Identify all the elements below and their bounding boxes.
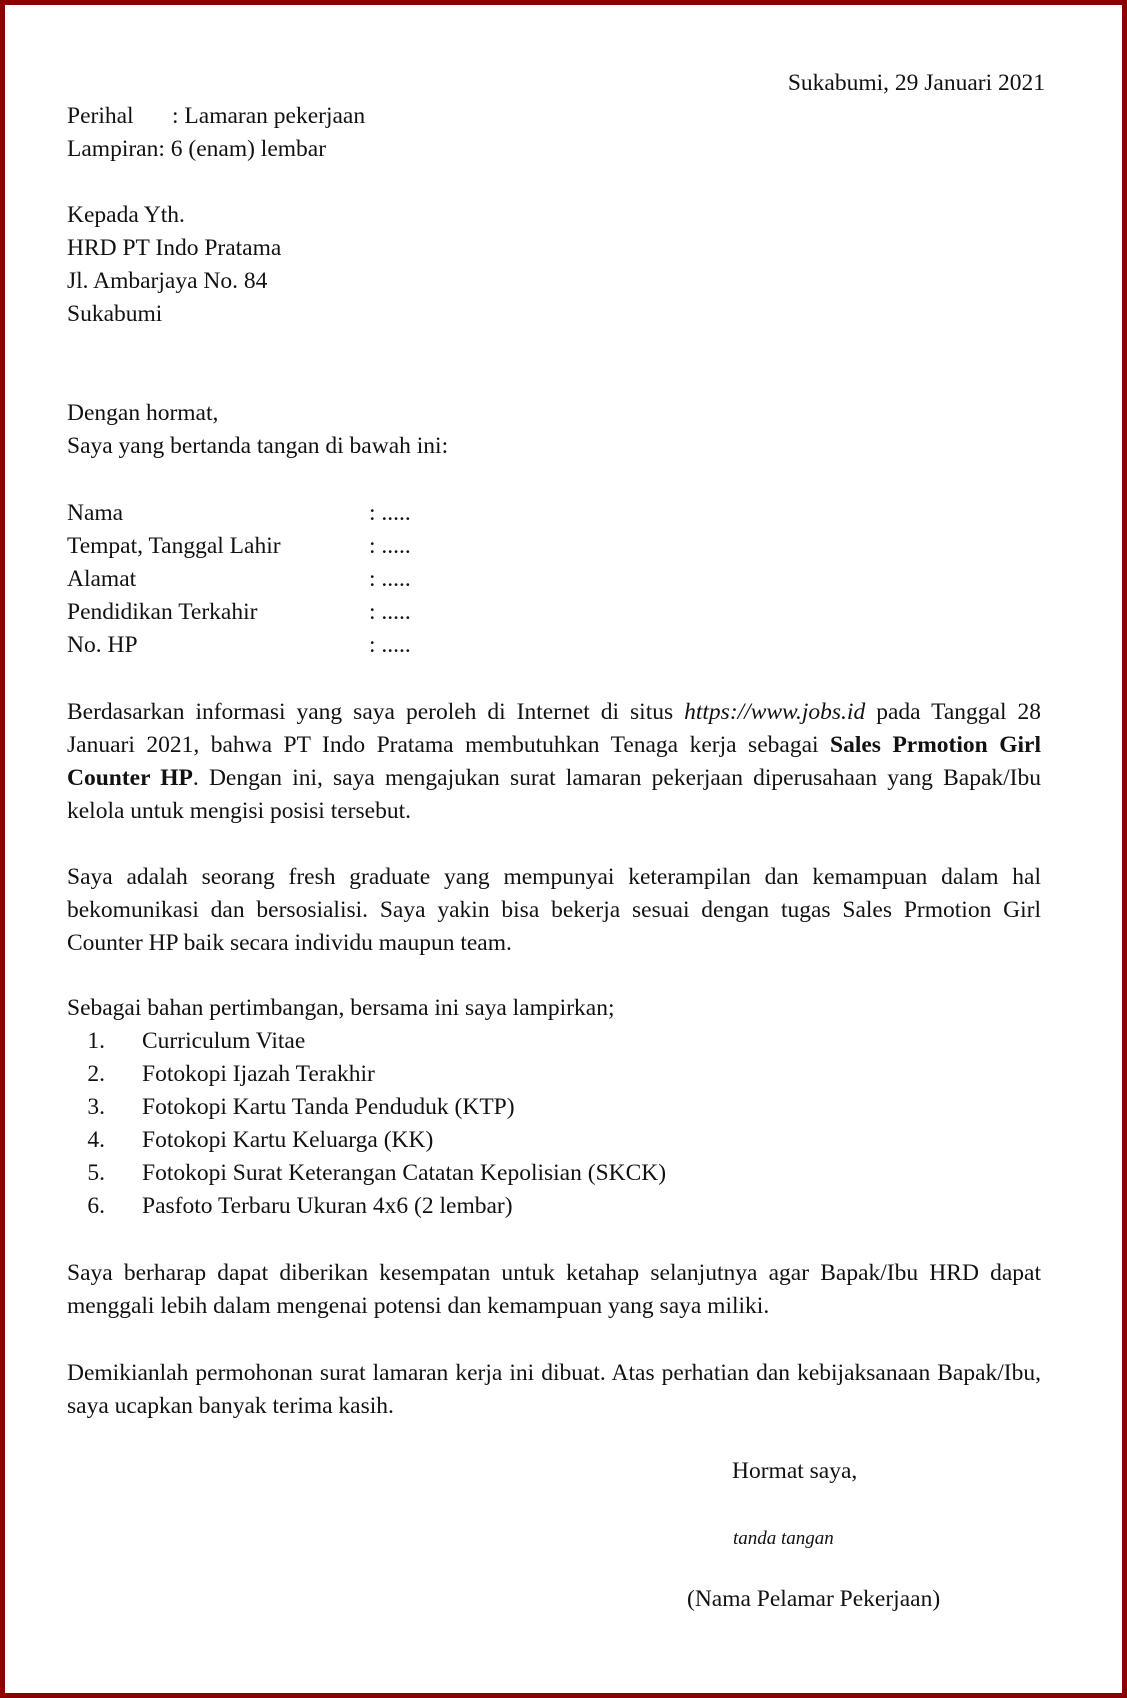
list-number: 1.: [67, 1025, 105, 1058]
field-label: Nama: [67, 497, 369, 530]
place-date: Sukabumi, 29 Januari 2021: [788, 67, 1045, 100]
paragraph-text: . Dengan ini, saya mengajukan surat lama…: [67, 765, 1041, 824]
field-label: Alamat: [67, 563, 369, 596]
list-item: 2.Fotokopi Ijazah Terakhir: [67, 1058, 666, 1091]
list-number: 6.: [67, 1190, 105, 1223]
attachments-intro: Sebagai bahan pertimbangan, bersama ini …: [67, 992, 1041, 1025]
letter-page: Sukabumi, 29 Januari 2021 Perihal: Lamar…: [0, 0, 1127, 1698]
recipient-city: Sukabumi: [67, 298, 281, 331]
attachment-row: Lampiran: 6 (enam) lembar: [67, 133, 365, 166]
paragraph-text: Berdasarkan informasi yang saya peroleh …: [67, 699, 684, 725]
list-item: 3.Fotokopi Kartu Tanda Penduduk (KTP): [67, 1091, 666, 1124]
list-number: 5.: [67, 1157, 105, 1190]
attachment-value: : 6 (enam) lembar: [158, 136, 326, 162]
list-item: 6.Pasfoto Terbaru Ukuran 4x6 (2 lembar): [67, 1190, 666, 1223]
recipient-block: Kepada Yth. HRD PT Indo Pratama Jl. Amba…: [67, 199, 281, 331]
field-value: : .....: [369, 563, 411, 596]
job-site-url: https://www.jobs.id: [684, 699, 865, 725]
field-value: : .....: [369, 629, 411, 662]
list-text: Curriculum Vitae: [142, 1025, 305, 1058]
applicant-name: (Nama Pelamar Pekerjaan): [687, 1583, 940, 1616]
field-value: : .....: [369, 596, 411, 629]
field-row: Alamat : .....: [67, 563, 411, 596]
applicant-fields: Nama : ..... Tempat, Tanggal Lahir : ...…: [67, 497, 411, 662]
list-number: 2.: [67, 1058, 105, 1091]
list-number: 3.: [67, 1091, 105, 1124]
paragraph-qualifications: Saya adalah seorang fresh graduate yang …: [67, 861, 1041, 960]
subject-value: : Lamaran pekerjaan: [172, 103, 365, 129]
list-text: Fotokopi Surat Keterangan Catatan Kepoli…: [142, 1157, 666, 1190]
signature-placeholder: tanda tangan: [733, 1522, 834, 1555]
paragraph-hope: Saya berharap dapat diberikan kesempatan…: [67, 1257, 1041, 1323]
subject-label: Perihal: [67, 100, 172, 133]
attachments-list: 1.Curriculum Vitae 2.Fotokopi Ijazah Ter…: [67, 1025, 666, 1223]
field-value: : .....: [369, 497, 411, 530]
list-text: Fotokopi Kartu Tanda Penduduk (KTP): [142, 1091, 515, 1124]
intro-line: Saya yang bertanda tangan di bawah ini:: [67, 430, 448, 463]
field-value: : .....: [369, 530, 411, 563]
list-text: Pasfoto Terbaru Ukuran 4x6 (2 lembar): [142, 1190, 513, 1223]
list-number: 4.: [67, 1124, 105, 1157]
closing-salutation: Hormat saya,: [732, 1455, 857, 1488]
field-row: Pendidikan Terkahir : .....: [67, 596, 411, 629]
list-text: Fotokopi Ijazah Terakhir: [142, 1058, 375, 1091]
field-row: Nama : .....: [67, 497, 411, 530]
list-item: 1.Curriculum Vitae: [67, 1025, 666, 1058]
recipient-salutation: Kepada Yth.: [67, 199, 281, 232]
field-label: No. HP: [67, 629, 369, 662]
field-row: No. HP : .....: [67, 629, 411, 662]
paragraph-job-info: Berdasarkan informasi yang saya peroleh …: [67, 696, 1041, 828]
letter-meta: Perihal: Lamaran pekerjaan Lampiran: 6 (…: [67, 100, 365, 166]
recipient-address: Jl. Ambarjaya No. 84: [67, 265, 281, 298]
attachment-label: Lampiran: [67, 133, 158, 166]
paragraph-closing: Demikianlah permohonan surat lamaran ker…: [67, 1357, 1041, 1423]
field-label: Tempat, Tanggal Lahir: [67, 530, 369, 563]
list-item: 4.Fotokopi Kartu Keluarga (KK): [67, 1124, 666, 1157]
greeting-block: Dengan hormat, Saya yang bertanda tangan…: [67, 397, 448, 463]
list-text: Fotokopi Kartu Keluarga (KK): [142, 1124, 433, 1157]
field-label: Pendidikan Terkahir: [67, 596, 369, 629]
recipient-name: HRD PT Indo Pratama: [67, 232, 281, 265]
list-item: 5.Fotokopi Surat Keterangan Catatan Kepo…: [67, 1157, 666, 1190]
subject-row: Perihal: Lamaran pekerjaan: [67, 100, 365, 133]
greeting: Dengan hormat,: [67, 397, 448, 430]
field-row: Tempat, Tanggal Lahir : .....: [67, 530, 411, 563]
